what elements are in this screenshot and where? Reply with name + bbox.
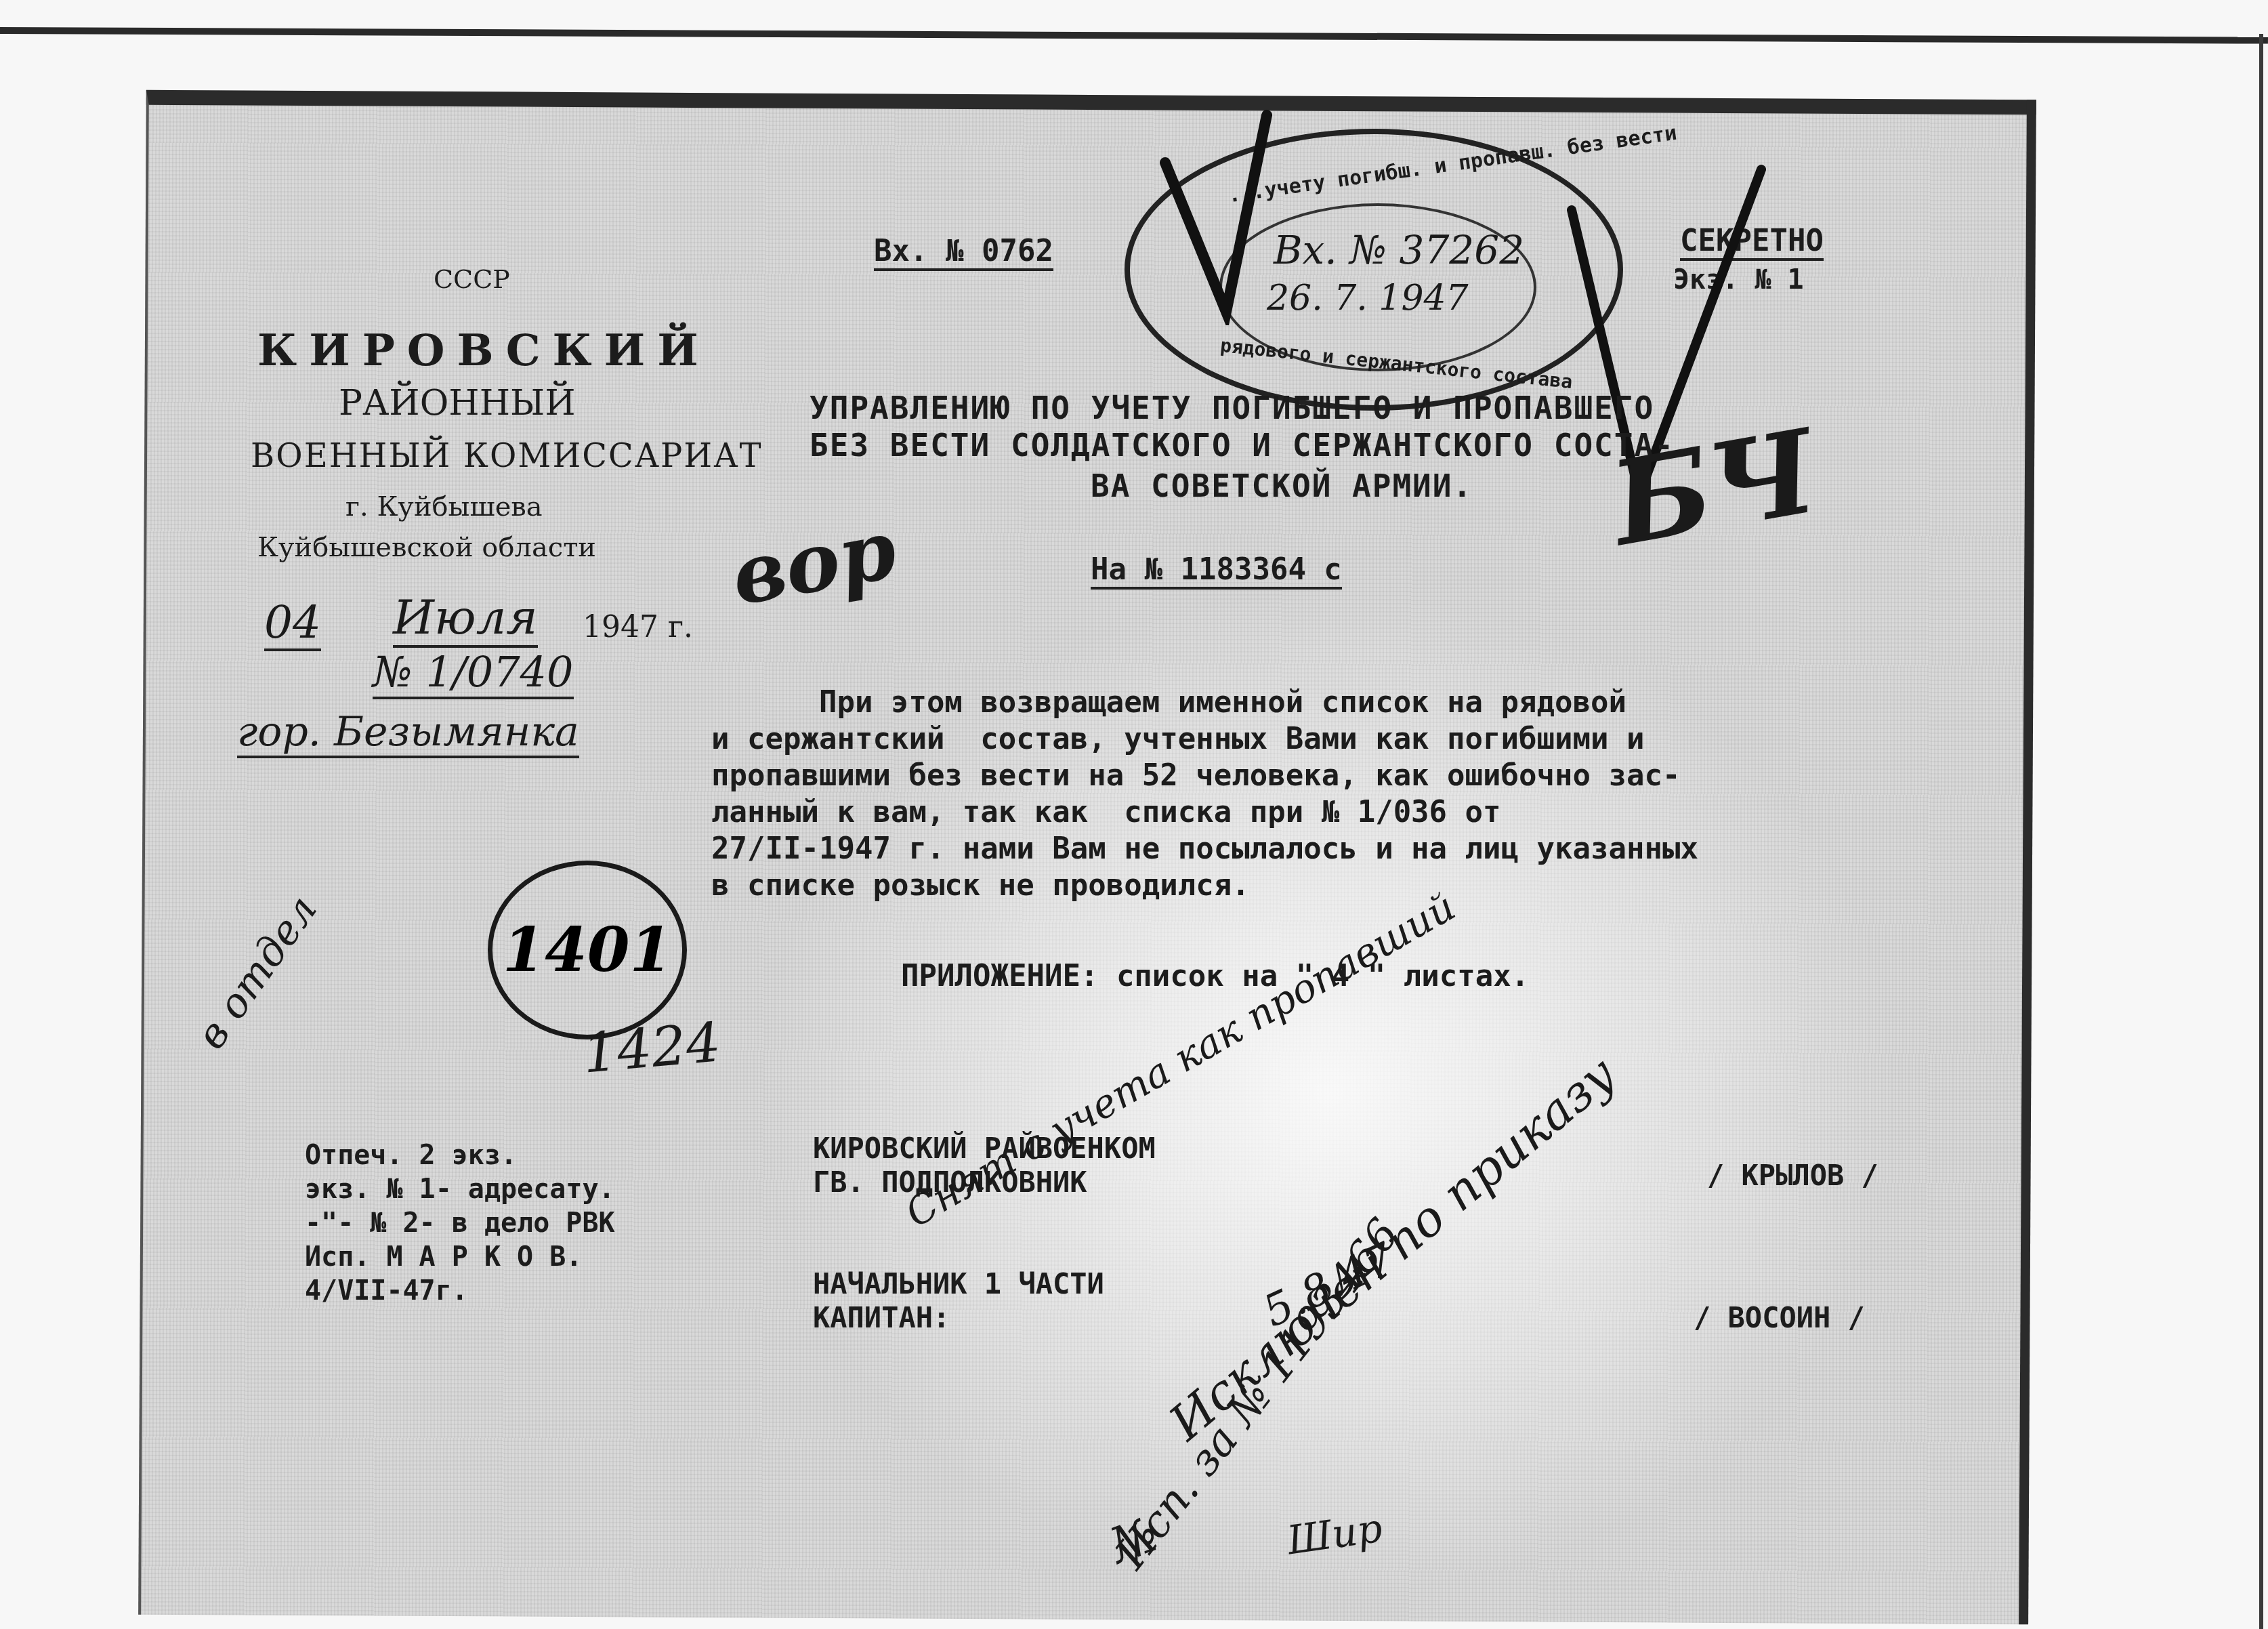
circled-number: 1401 bbox=[488, 861, 687, 1039]
header-line-regional: РАЙОННЫЙ bbox=[339, 383, 576, 424]
handwritten-number: 1424 bbox=[580, 1010, 723, 1085]
header-line-region: Куйбышевской области bbox=[257, 532, 596, 563]
header-line-city: г. Куйбышева bbox=[345, 491, 543, 522]
registration-number: № 1/0740 bbox=[373, 647, 574, 699]
attachment-note: ПРИЛОЖЕНИЕ: список на " 4 " листах. bbox=[901, 959, 1529, 993]
check-mark-icon bbox=[1152, 108, 1355, 325]
scanner-edge-top bbox=[0, 27, 2268, 44]
header-line-district: КИРОВСКИЙ bbox=[257, 325, 711, 376]
letter-body: При этом возвращаем именной список на ря… bbox=[711, 684, 1698, 904]
addressee-line-3: ВА СОВЕТСКОЙ АРМИИ. bbox=[1091, 468, 1473, 504]
signature-name-section-chief: / ВОСОИН / bbox=[1694, 1301, 1865, 1334]
header-line-commissariat: ВОЕННЫЙ КОМИССАРИАТ bbox=[251, 437, 763, 475]
date-year: 1947 г. bbox=[583, 610, 693, 644]
date-day: 04 bbox=[264, 596, 321, 651]
scanner-edge-right bbox=[2259, 34, 2263, 1629]
signature-title-section-chief: НАЧАЛЬНИК 1 ЧАСТИ КАПИТАН: bbox=[813, 1267, 1104, 1335]
date-month: Июля bbox=[393, 590, 538, 648]
place-of-issue: гор. Безымянка bbox=[237, 708, 579, 758]
copies-note: Отпеч. 2 экз. экз. № 1- адресату. -"- № … bbox=[305, 1138, 615, 1308]
addressee-line-1: УПРАВЛЕНИЮ ПО УЧЕТУ ПОГИБШЕГО И ПРОПАВШЕ… bbox=[810, 390, 1654, 426]
header-country: СССР bbox=[434, 264, 510, 294]
addressee-line-2: БЕЗ ВЕСТИ СОЛДАТСКОГО И СЕРЖАНТСКОГО СОС… bbox=[810, 427, 1675, 463]
circled-number-text: 1401 bbox=[503, 914, 673, 986]
incoming-number: Вх. № 0762 bbox=[874, 234, 1053, 271]
reference-number: На № 1183364 с bbox=[1091, 552, 1342, 590]
signature-name-commissar: / КРЫЛОВ / bbox=[1707, 1159, 1878, 1192]
